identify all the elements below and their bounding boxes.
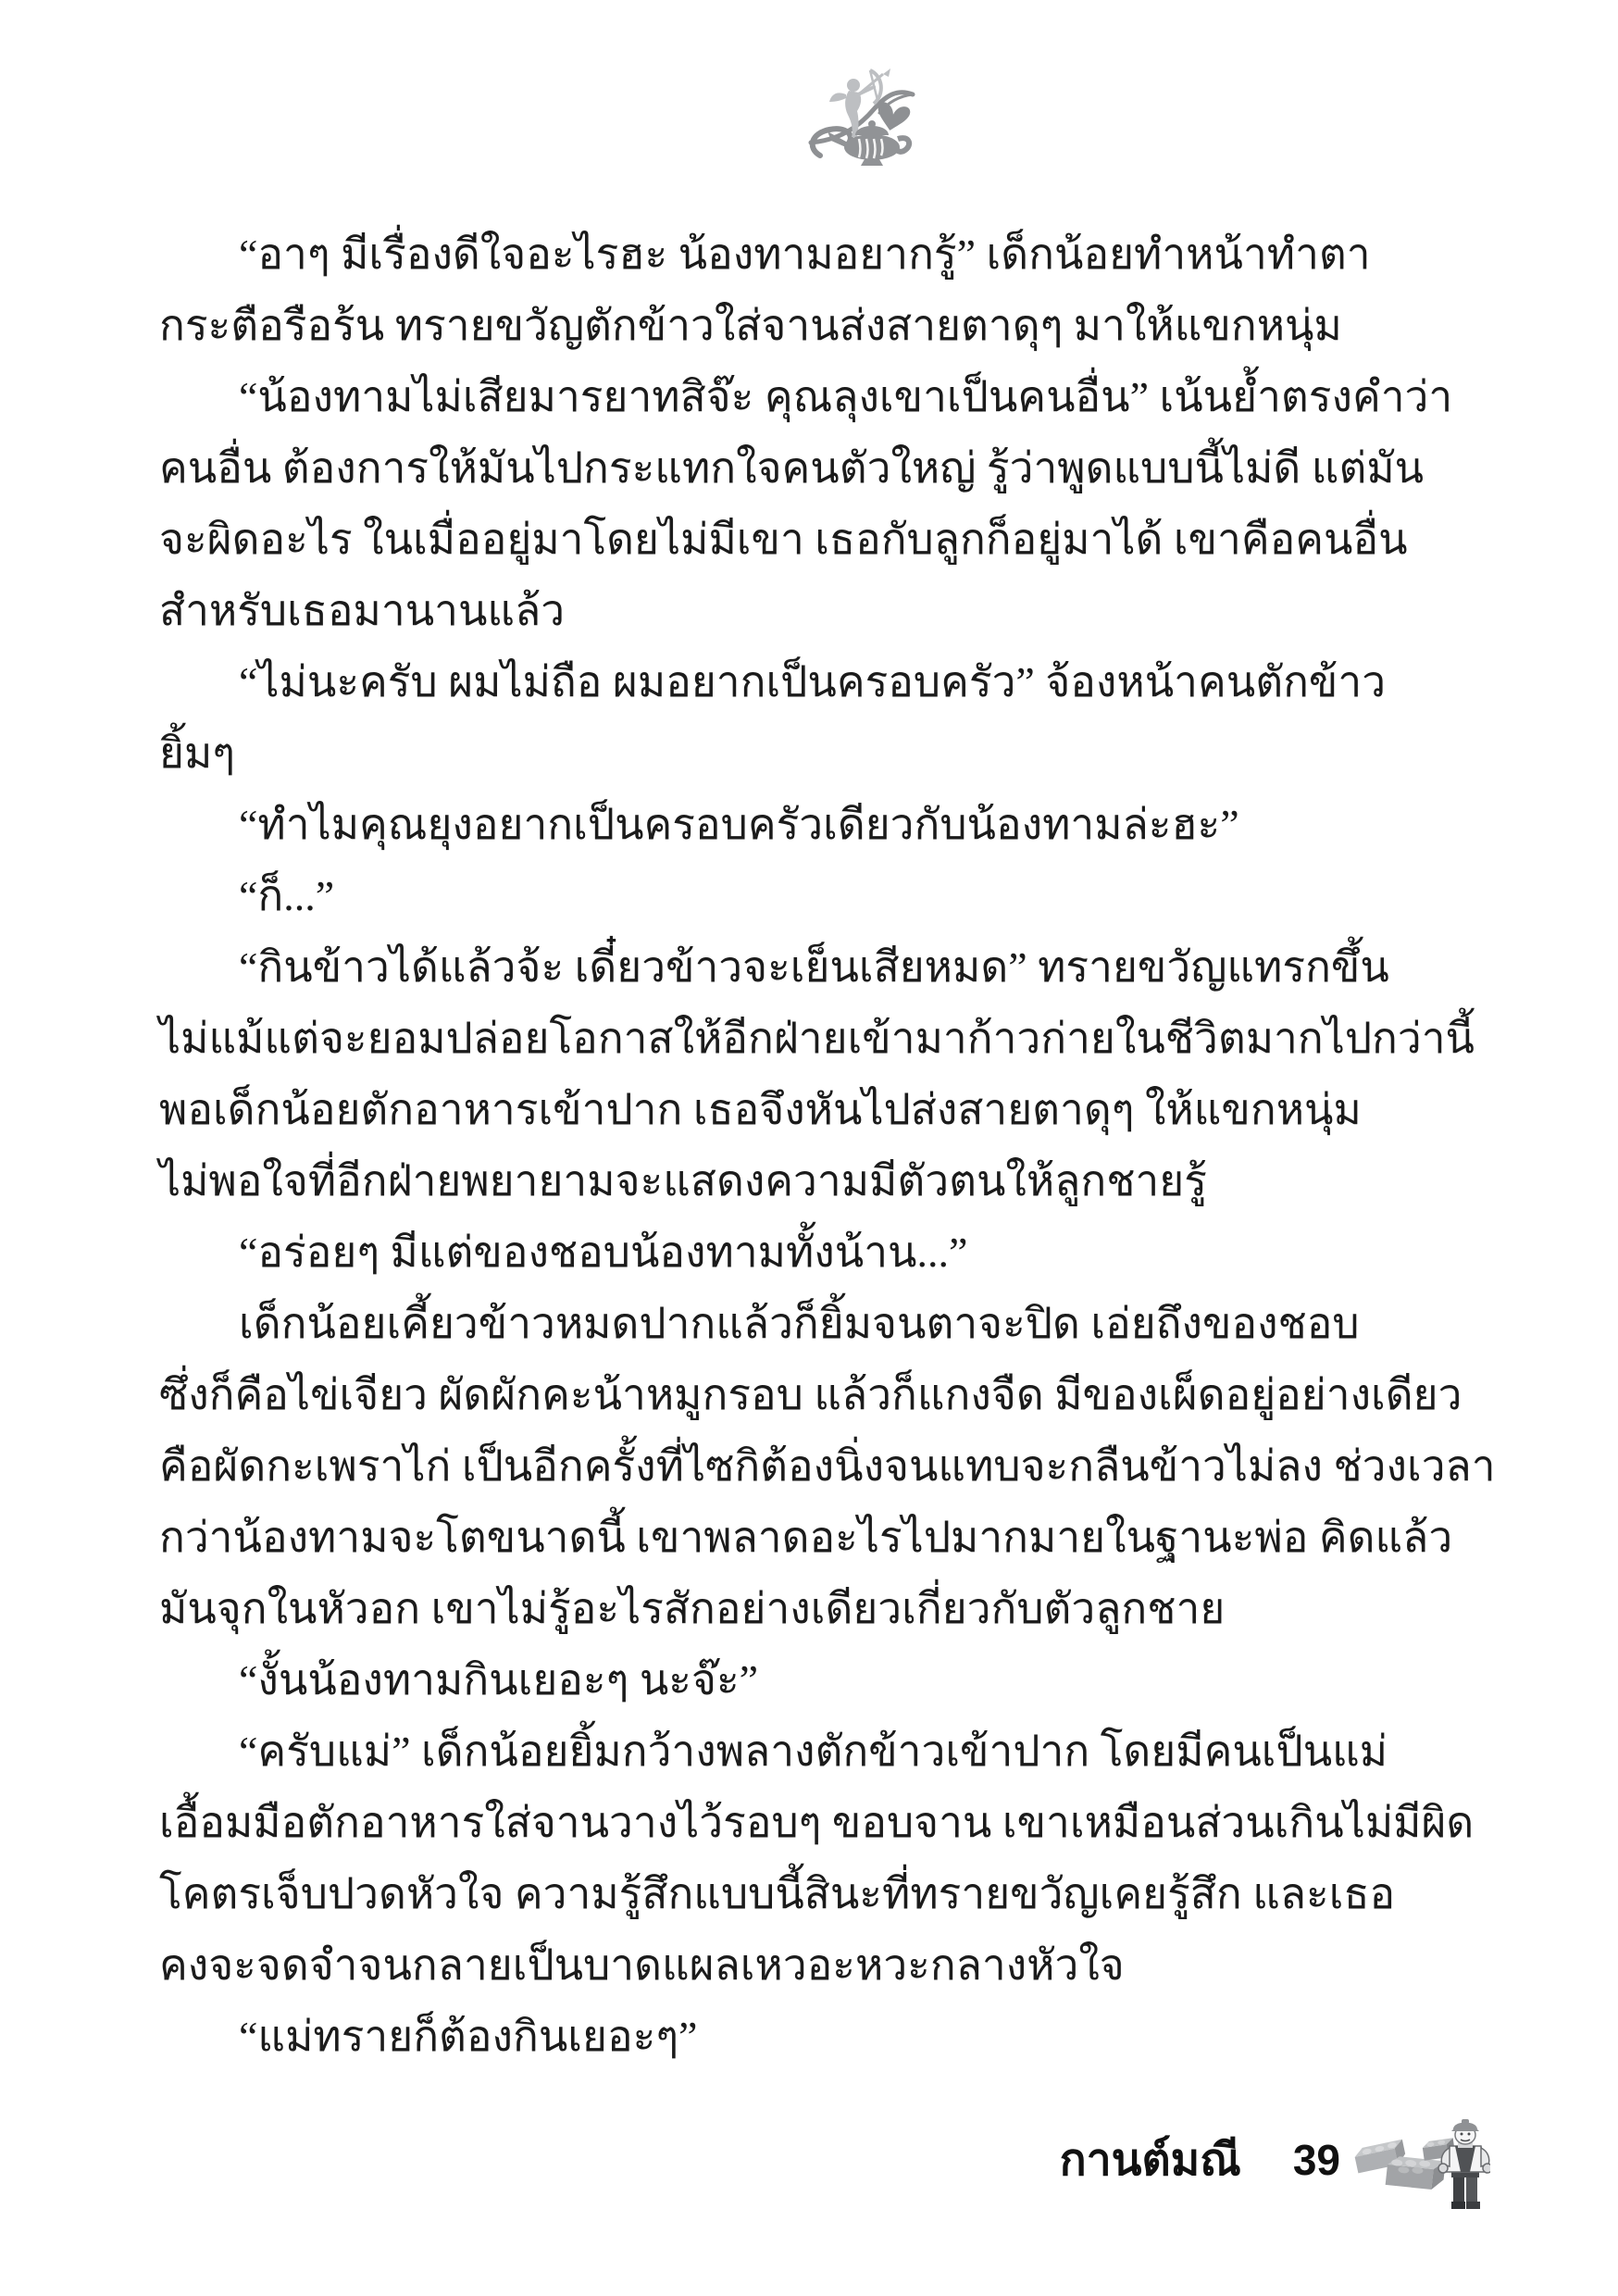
text-line: “อาๆ มีเรื่องดีใจอะไรฮะ น้องทามอยากรู้” … [159,218,1464,290]
text-lines: “อาๆ มีเรื่องดีใจอะไรฮะ น้องทามอยากรู้” … [159,218,1464,2072]
text-line: คือผัดกะเพราไก่ เป็นอีกครั้งที่ไซกิต้องน… [159,1430,1464,1502]
text-line: คงจะจดจำจนกลายเป็นบาดแผลเหวอะหวะกลางหัวใ… [159,1929,1464,2001]
header-ornament [805,54,918,168]
text-line: “ก็...” [159,860,1464,931]
text-line: กระตือรือร้น ทรายขวัญตักข้าวใส่จานส่งสาย… [159,290,1464,361]
text-line: “แม่ทรายก็ต้องกินเยอะๆ” [159,2001,1464,2072]
book-title: กานต์มณี [1060,2125,1241,2195]
text-line: “ไม่นะครับ ผมไม่ถือ ผมอยากเป็นครอบครัว” … [159,646,1464,717]
footer-text: กานต์มณี 39 [1060,2125,1340,2208]
cupid-heart-genie-lamp-icon [805,54,918,168]
text-line: “กินข้าวได้แล้วจ้ะ เดี๋ยวข้าวจะเย็นเสียห… [159,931,1464,1003]
text-line: ไม่พอใจที่อีกฝ่ายพยายามจะแสดงความมีตัวตน… [159,1145,1464,1217]
footer: กานต์มณี 39 [1060,2118,1490,2215]
text-line: ยิ้มๆ [159,717,1464,789]
text-line: กว่าน้องทามจะโตขนาดนี้ เขาพลาดอะไรไปมากม… [159,1502,1464,1573]
footer-ornament [1350,2118,1490,2215]
text-line: “งั้นน้องทามกินเยอะๆ นะจ๊ะ” [159,1644,1464,1716]
text-line: “ครับแม่” เด็กน้อยยิ้มกว้างพลางตักข้าวเข… [159,1716,1464,1787]
text-line: ไม่แม้แต่จะยอมปล่อยโอกาสให้อีกฝ่ายเข้ามา… [159,1003,1464,1074]
lego-minifigure-bricks-icon [1350,2118,1490,2215]
text-line: สำหรับเธอมานานแล้ว [159,575,1464,646]
page-number: 39 [1293,2135,1340,2185]
text-line: เด็กน้อยเคี้ยวข้าวหมดปากแล้วก็ยิ้มจนตาจะ… [159,1288,1464,1359]
text-line: จะผิดอะไร ในเมื่ออยู่มาโดยไม่มีเขา เธอกั… [159,504,1464,575]
text-line: คนอื่น ต้องการให้มันไปกระแทกใจคนตัวใหญ่ … [159,432,1464,504]
text-line: “ทำไมคุณยุงอยากเป็นครอบครัวเดียวกับน้องท… [159,789,1464,860]
text-line: ซึ่งก็คือไข่เจียว ผัดผักคะน้าหมูกรอบ แล้… [159,1359,1464,1430]
text-line: โคตรเจ็บปวดหัวใจ ความรู้สึกแบบนี้สินะที่… [159,1858,1464,1929]
text-line: มันจุกในหัวอก เขาไม่รู้อะไรสักอย่างเดียว… [159,1573,1464,1644]
book-page: “อาๆ มีเรื่องดีใจอะไรฮะ น้องทามอยากรู้” … [0,0,1618,2296]
text-line: พอเด็กน้อยตักอาหารเข้าปาก เธอจึงหันไปส่ง… [159,1074,1464,1145]
text-line: “น้องทามไม่เสียมารยาทสิจ๊ะ คุณลุงเขาเป็น… [159,361,1464,432]
text-line: “อร่อยๆ มีแต่ของชอบน้องทามทั้งน้าน...” [159,1217,1464,1288]
text-line: เอื้อมมือตักอาหารใส่จานวางไว้รอบๆ ขอบจาน… [159,1787,1464,1858]
